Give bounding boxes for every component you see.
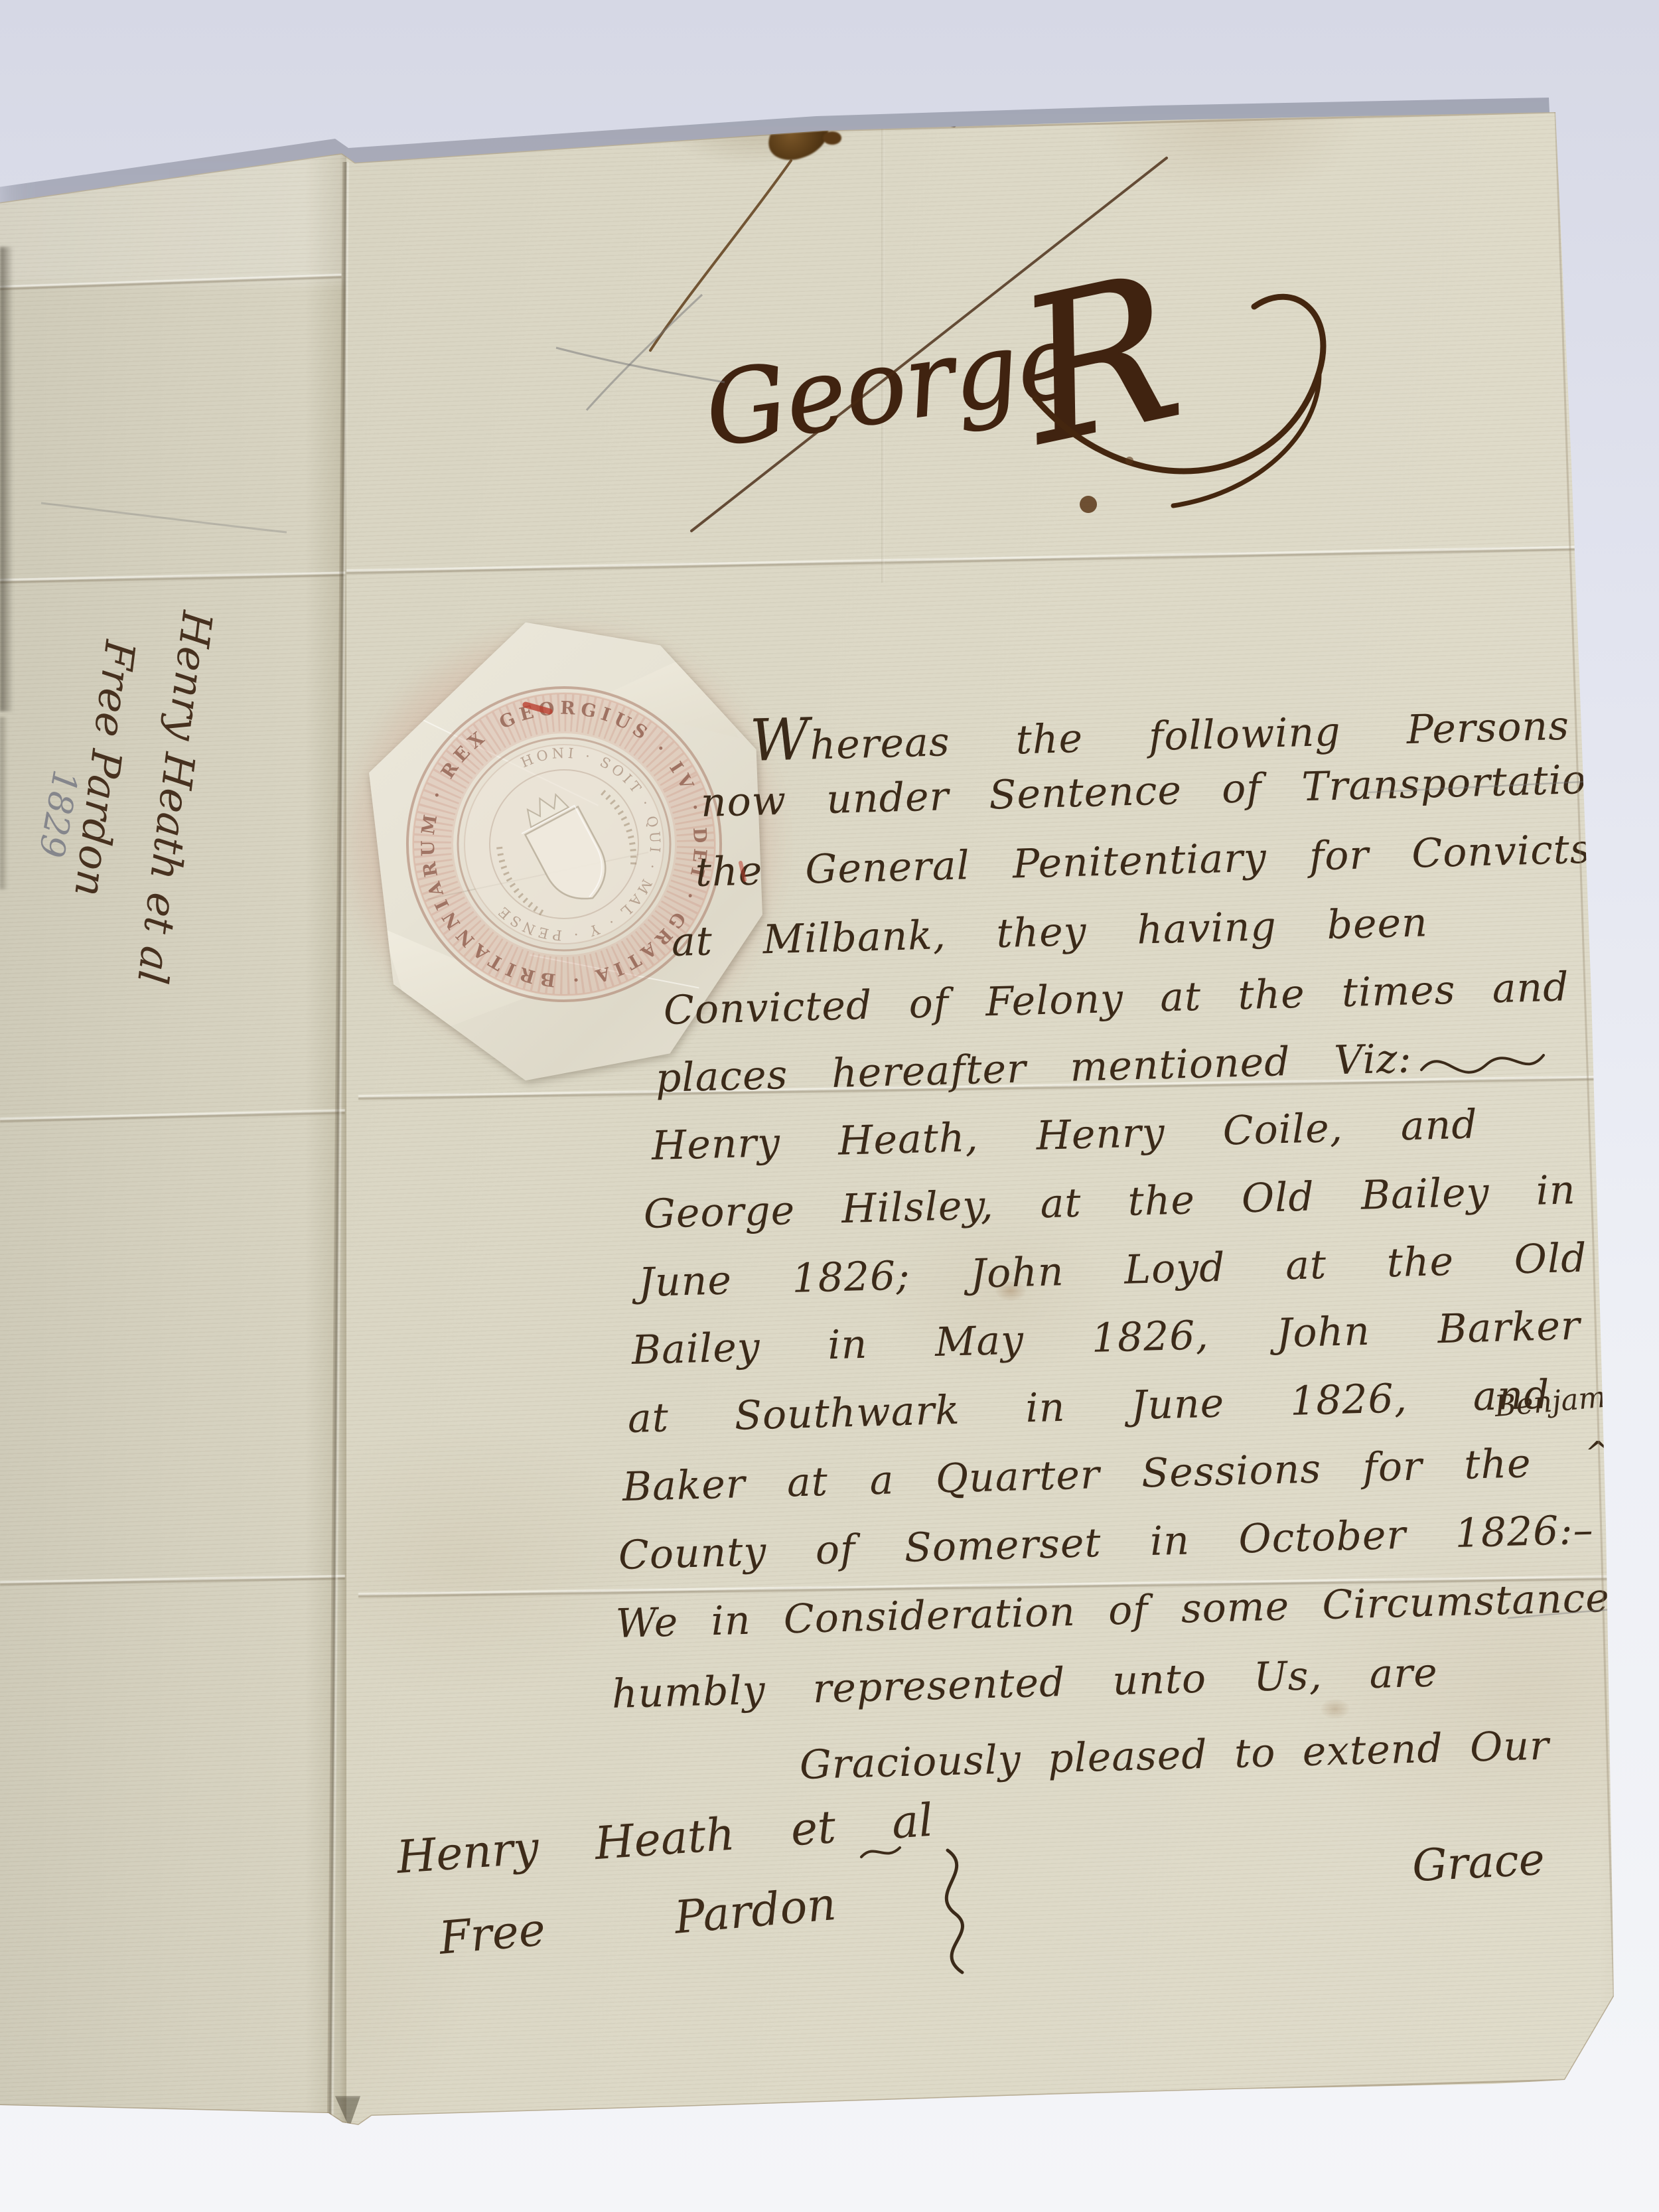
number-prefix: N xyxy=(747,60,796,123)
ink-blot-small xyxy=(823,131,841,145)
insertion-caret: ^ xyxy=(1585,1435,1611,1472)
document-number: No. 55. xyxy=(747,48,969,123)
photo-backdrop: No. 55. xyxy=(0,0,1659,2212)
document-paper: No. 55. xyxy=(0,0,1659,2212)
number-superscript: o xyxy=(793,62,813,97)
number-value: . 55. xyxy=(810,50,932,118)
closing-word: Grace xyxy=(1411,1834,1546,1891)
